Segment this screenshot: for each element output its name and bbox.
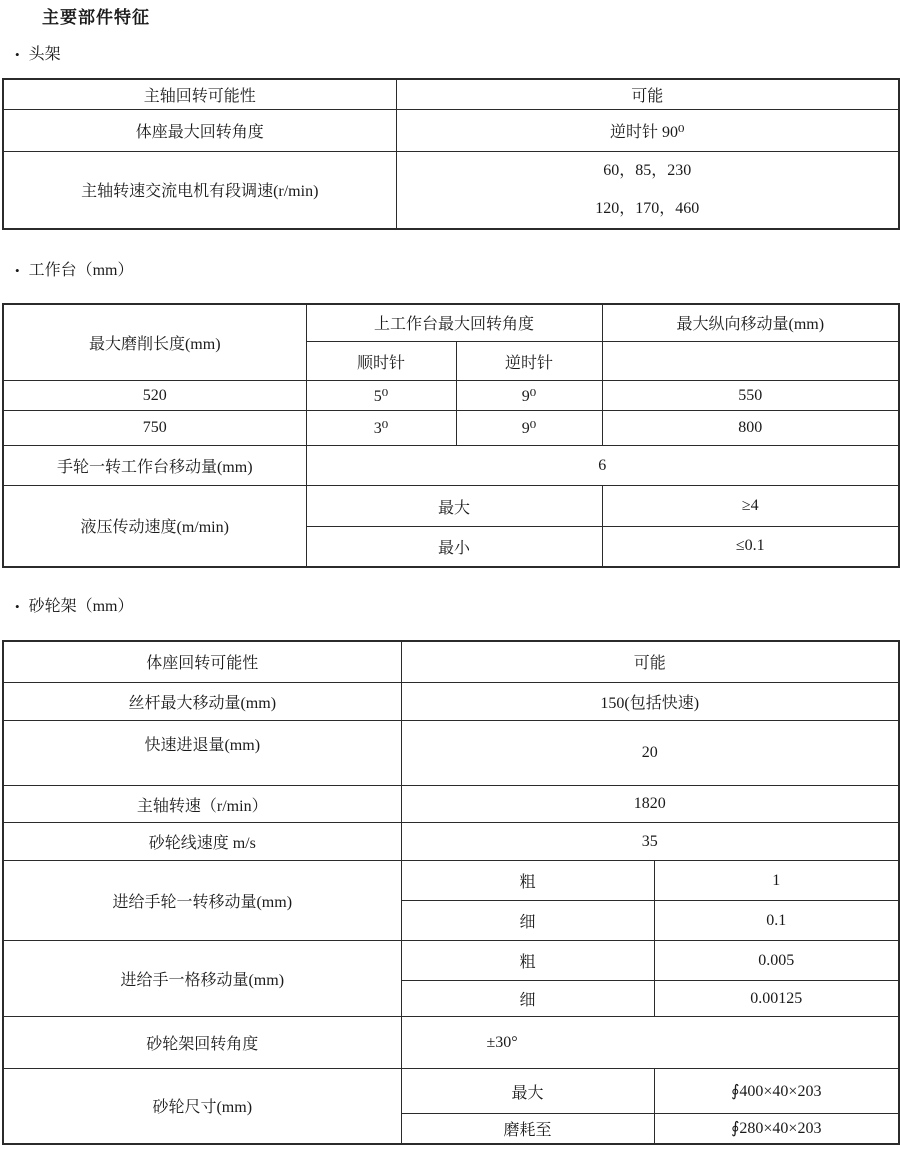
wheel-size-wear-label: 磨耗至 xyxy=(401,1114,654,1144)
spindle-speed-line1: 60，85，230 xyxy=(401,152,895,190)
feed-per-div-fine-label: 细 xyxy=(401,981,654,1017)
move-750: 800 xyxy=(602,411,899,446)
clockwise-header: 顺时针 xyxy=(306,342,456,381)
feed-per-rev-coarse-label: 粗 xyxy=(401,861,654,901)
headstock-table: 主轴回转可能性 可能 体座最大回转角度 逆时针 90⁰ 主轴转速交流电机有段调速… xyxy=(2,78,900,230)
feed-per-rev-label: 进给手轮一转移动量(mm) xyxy=(3,861,401,941)
screw-travel-value: 150(包括快速) xyxy=(401,683,899,721)
hydraulic-min-label: 最小 xyxy=(306,527,602,567)
base-rotation-label: 体座回转可能性 xyxy=(3,641,401,683)
section-label: 头架 xyxy=(29,44,61,66)
feed-per-div-coarse-label: 粗 xyxy=(401,941,654,981)
page-title: 主要部件特征 xyxy=(42,8,898,28)
feed-per-rev-coarse-value: 1 xyxy=(654,861,899,901)
rapid-stroke-value: 20 xyxy=(401,721,899,786)
wheel-size-wear-value: ∮280×40×203 xyxy=(654,1114,899,1144)
counterclockwise-header: 逆时针 xyxy=(456,342,602,381)
hydraulic-label: 液压传动速度(m/min) xyxy=(3,486,306,567)
table-row: 750 3⁰ 9⁰ 800 xyxy=(3,411,899,446)
feed-per-div-coarse-value: 0.005 xyxy=(654,941,899,981)
feed-per-rev-fine-label: 细 xyxy=(401,901,654,941)
wheelhead-swivel-value: ±30° xyxy=(401,1017,899,1069)
worktable-table: 最大磨削长度(mm) 上工作台最大回转角度 最大纵向移动量(mm) 顺时针 逆时… xyxy=(2,303,900,568)
screw-travel-label: 丝杆最大移动量(mm) xyxy=(3,683,401,721)
table-row: 进给手轮一转移动量(mm) 粗 1 xyxy=(3,861,899,901)
section-heading-worktable: • 工作台（mm） xyxy=(15,260,898,282)
table-header-row: 最大磨削长度(mm) 上工作台最大回转角度 最大纵向移动量(mm) xyxy=(3,304,899,342)
table-row: 主轴转速交流电机有段调速(r/min) 60，85，230 120，170，46… xyxy=(3,151,899,229)
table-row: 砂轮尺寸(mm) 最大 ∮400×40×203 xyxy=(3,1069,899,1114)
wheel-speed-label: 砂轮线速度 m/s xyxy=(3,823,401,861)
wheelhead-spindle-speed-value: 1820 xyxy=(401,786,899,823)
hydraulic-max-value: ≥4 xyxy=(602,486,899,527)
ccw-750: 9⁰ xyxy=(456,411,602,446)
table-row: 主轴回转可能性 可能 xyxy=(3,79,899,109)
wheelhead-table: 体座回转可能性 可能 丝杆最大移动量(mm) 150(包括快速) 快速进退量(m… xyxy=(2,640,900,1145)
base-max-angle-label: 体座最大回转角度 xyxy=(3,109,396,151)
document-page: 主要部件特征 • 头架 主轴回转可能性 可能 体座最大回转角度 逆时针 90⁰ … xyxy=(0,0,900,1149)
section-label: 工作台（mm） xyxy=(29,260,134,282)
feed-per-div-label: 进给手一格移动量(mm) xyxy=(3,941,401,1017)
table-row: 手轮一转工作台移动量(mm) 6 xyxy=(3,446,899,486)
cw-520: 5⁰ xyxy=(306,381,456,411)
spindle-rotation-value: 可能 xyxy=(396,79,899,109)
table-row: 液压传动速度(m/min) 最大 ≥4 xyxy=(3,486,899,527)
section-heading-wheelhead: • 砂轮架（mm） xyxy=(15,596,898,618)
section-label: 砂轮架（mm） xyxy=(29,596,134,618)
table-row: 520 5⁰ 9⁰ 550 xyxy=(3,381,899,411)
table-row: 体座回转可能性 可能 xyxy=(3,641,899,683)
hydraulic-min-value: ≤0.1 xyxy=(602,527,899,567)
longitudinal-header: 最大纵向移动量(mm) xyxy=(602,304,899,342)
bullet-icon: • xyxy=(15,596,20,618)
wheelhead-spindle-speed-label: 主轴转速（r/min） xyxy=(3,786,401,823)
base-max-angle-value: 逆时针 90⁰ xyxy=(396,109,899,151)
spindle-speed-label: 主轴转速交流电机有段调速(r/min) xyxy=(3,151,396,229)
section-heading-headstock: • 头架 xyxy=(15,44,898,66)
spindle-rotation-label: 主轴回转可能性 xyxy=(3,79,396,109)
wheel-size-max-value: ∮400×40×203 xyxy=(654,1069,899,1114)
table-row: 砂轮架回转角度 ±30° xyxy=(3,1017,899,1069)
bullet-icon: • xyxy=(15,44,20,66)
table-row: 体座最大回转角度 逆时针 90⁰ xyxy=(3,109,899,151)
handwheel-label: 手轮一转工作台移动量(mm) xyxy=(3,446,306,486)
move-520: 550 xyxy=(602,381,899,411)
empty-header-cell xyxy=(602,342,899,381)
wheel-size-max-label: 最大 xyxy=(401,1069,654,1114)
table-row: 丝杆最大移动量(mm) 150(包括快速) xyxy=(3,683,899,721)
handwheel-value: 6 xyxy=(306,446,899,486)
spindle-speed-line2: 120，170，460 xyxy=(401,190,895,228)
table-row: 进给手一格移动量(mm) 粗 0.005 xyxy=(3,941,899,981)
length-520: 520 xyxy=(3,381,306,411)
ccw-520: 9⁰ xyxy=(456,381,602,411)
wheelhead-swivel-label: 砂轮架回转角度 xyxy=(3,1017,401,1069)
wheel-size-label: 砂轮尺寸(mm) xyxy=(3,1069,401,1144)
table-row: 砂轮线速度 m/s 35 xyxy=(3,823,899,861)
cw-750: 3⁰ xyxy=(306,411,456,446)
length-750: 750 xyxy=(3,411,306,446)
table-row: 主轴转速（r/min） 1820 xyxy=(3,786,899,823)
hydraulic-max-label: 最大 xyxy=(306,486,602,527)
bullet-icon: • xyxy=(15,260,20,282)
feed-per-div-fine-value: 0.00125 xyxy=(654,981,899,1017)
rapid-stroke-label: 快速进退量(mm) xyxy=(3,721,401,786)
table-row: 快速进退量(mm) 20 xyxy=(3,721,899,786)
swivel-angle-header: 上工作台最大回转角度 xyxy=(306,304,602,342)
grind-length-header: 最大磨削长度(mm) xyxy=(3,304,306,381)
wheel-speed-value: 35 xyxy=(401,823,899,861)
feed-per-rev-fine-value: 0.1 xyxy=(654,901,899,941)
spindle-speed-values: 60，85，230 120，170，460 xyxy=(396,151,899,229)
base-rotation-value: 可能 xyxy=(401,641,899,683)
